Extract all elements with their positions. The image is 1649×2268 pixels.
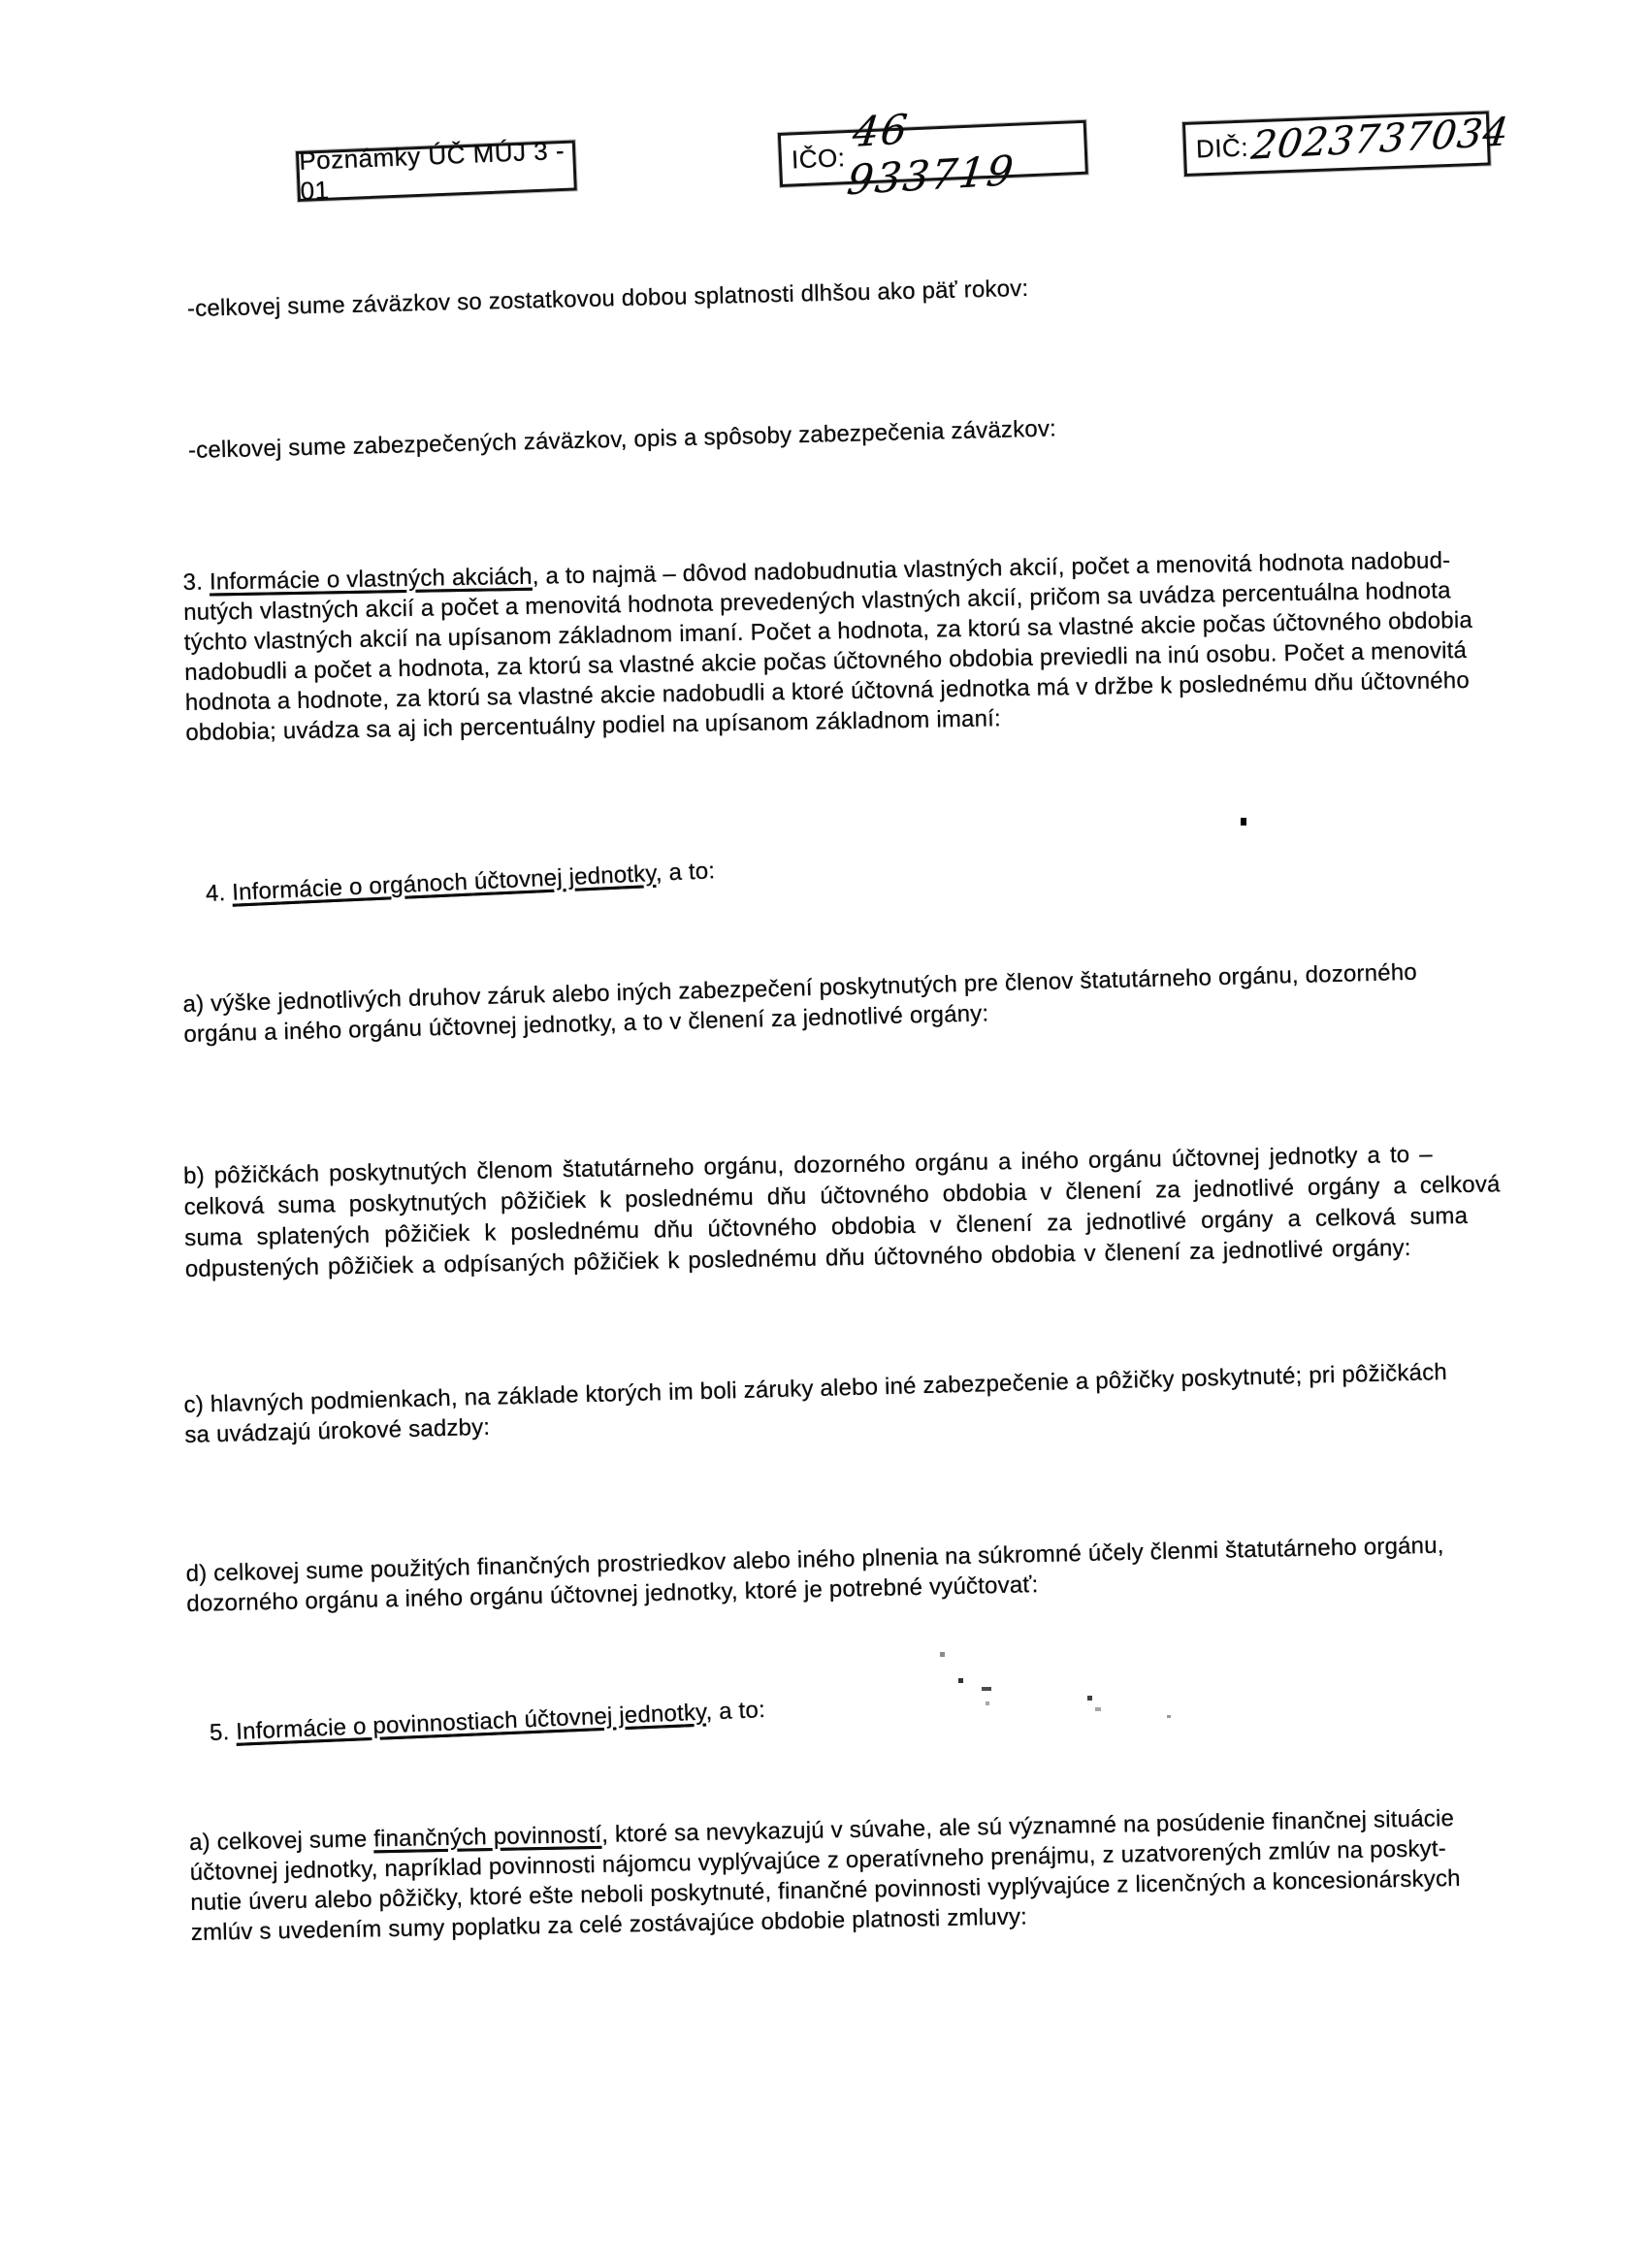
scan-speck: [940, 1652, 945, 1657]
ico-handwritten-value: 46 933719: [845, 94, 1089, 204]
scan-speck: [1095, 1707, 1101, 1711]
scan-speck: [958, 1678, 963, 1683]
section-5-title: Informácie o povinnostiach účtovnej jedn…: [236, 1700, 706, 1745]
section-4-item-b-paragraph: b) pôžičkách poskytnutých členom štatutá…: [183, 1138, 1502, 1285]
scanned-document-page: Poznámky ÚČ MÚJ 3 - 01 IČO:46 933719 DIČ…: [0, 0, 1649, 2268]
dic-label: DIČ:: [1195, 132, 1248, 164]
section-5-item-a-paragraph: a) celkovej sume finančných povinností, …: [189, 1803, 1462, 1948]
section-4-title-rest: , a to:: [655, 858, 716, 887]
section-3-number: 3.: [182, 569, 210, 596]
section-4-item-c-paragraph: c) hlavných podmienkach, na základe ktor…: [183, 1357, 1448, 1450]
form-code-label: Poznámky ÚČ MÚJ 3 - 01: [299, 136, 574, 207]
section-5-title-rest: , a to:: [705, 1697, 766, 1726]
dic-handwritten-value: 2023737034: [1249, 110, 1512, 169]
section-4-item-a-paragraph: a) výške jednotlivých druhov záruk alebo…: [182, 957, 1418, 1050]
section-5-heading: 5. Informácie o povinnostiach účtovnej j…: [209, 1695, 765, 1748]
scan-speck: [986, 1701, 989, 1705]
section-5a-line-1-pre: a) celkovej sume: [189, 1826, 374, 1856]
secured-liabilities-line: -celkovej sume zabezpečených záväzkov, o…: [188, 413, 1057, 466]
section-4-number: 4.: [205, 880, 232, 907]
section-3-own-shares-paragraph: 3. Informácie o vlastných akciách, a to …: [182, 545, 1473, 748]
section-3-title: Informácie o vlastných akciách: [210, 564, 533, 596]
dic-box: DIČ:2023737034: [1182, 111, 1491, 177]
ico-box: IČO:46 933719: [778, 120, 1088, 187]
section-5a-underlined-term: finančných povinností: [373, 1822, 601, 1853]
section-4-item-d-paragraph: d) celkovej sume použitých finančných pr…: [185, 1531, 1444, 1619]
scan-speck: [1167, 1715, 1171, 1718]
scan-speck: [982, 1687, 991, 1691]
section-4-title: Informácie o orgánoch účtovnej jednotky: [232, 860, 657, 906]
section-4-heading: 4. Informácie o orgánoch účtovnej jednot…: [205, 856, 716, 909]
form-code-box: Poznámky ÚČ MÚJ 3 - 01: [296, 140, 577, 202]
scan-speck: [1087, 1696, 1092, 1701]
liabilities-over-five-years-line: -celkovej sume záväzkov so zostatkovou d…: [187, 274, 1029, 324]
scan-speck: [1241, 818, 1246, 826]
ico-label: IČO:: [791, 143, 846, 175]
section-5-number: 5.: [209, 1719, 236, 1746]
